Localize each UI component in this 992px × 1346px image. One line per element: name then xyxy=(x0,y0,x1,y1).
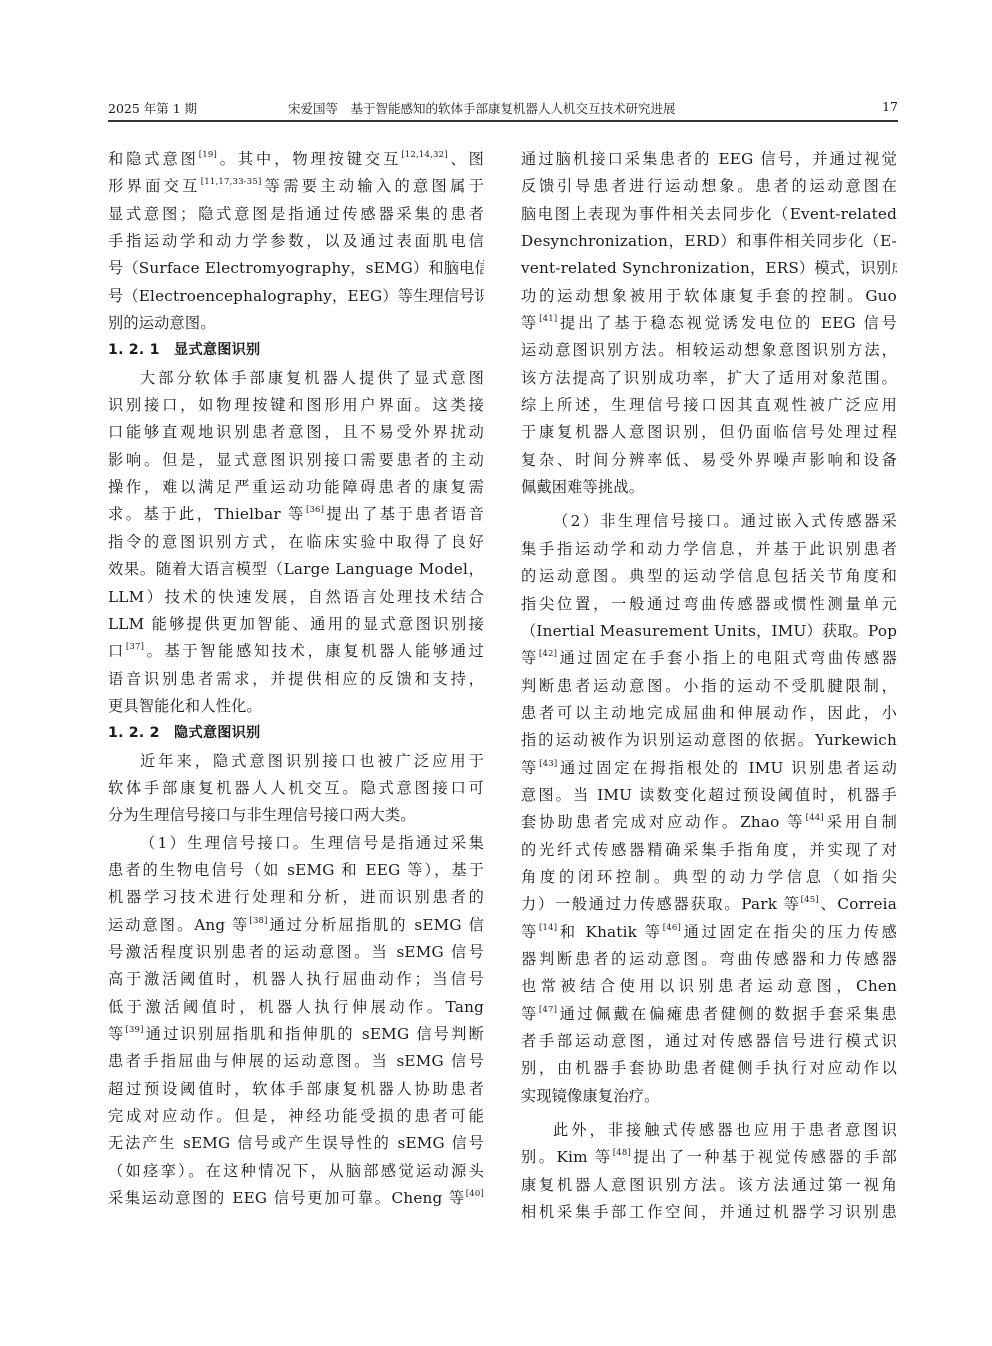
text-line: 也常被结合使用以识别患者运动意图，Chen xyxy=(521,973,897,1000)
citation-ref: [44] xyxy=(806,813,824,823)
citation-ref: [12,14,32] xyxy=(401,150,447,160)
section-heading: 1. 2. 1 显式意图识别 xyxy=(108,337,484,364)
text-line: 别的运动意图。 xyxy=(108,310,484,337)
text-line: 反馈引导患者进行运动想象。患者的运动意图在 xyxy=(521,173,897,200)
text-line: 影响。但是，显式意图识别接口需要患者的主动 xyxy=(108,447,484,474)
text-line: 完成对应动作。但是，神经功能受损的患者可能 xyxy=(108,1103,484,1130)
text-line: 运动意图识别方法。相较运动想象意图识别方法， xyxy=(521,337,897,364)
citation-ref: [39] xyxy=(125,1025,143,1035)
text-line: 高于激活阈值时，机器人执行屈曲动作；当信号 xyxy=(108,966,484,993)
text-line: 手指运动学和动力学参数，以及通过表面肌电信 xyxy=(108,228,484,255)
text-line: （Inertial Measurement Units，IMU）获取。Popov xyxy=(521,618,897,645)
left-column: 和隐式意图[19]。其中，物理按键交互[12,14,32]、图形界面交互[11,… xyxy=(108,146,484,1212)
text-line: 操作，难以满足严重运动功能障碍患者的康复需 xyxy=(108,474,484,501)
page-header: 2025 年第 1 期 宋爱国等 基于智能感知的软体手部康复机器人人机交互技术研… xyxy=(108,99,898,121)
text-line: LLM）技术的快速发展，自然语言处理技术结合 xyxy=(108,584,484,611)
text-line: 复杂、时间分辨率低、易受外界噪声影响和设备 xyxy=(521,447,897,474)
text-line: LLM 能够提供更加智能、通用的显式意图识别接 xyxy=(108,611,484,638)
text-line: 和隐式意图[19]。其中，物理按键交互[12,14,32]、图 xyxy=(108,146,484,173)
text-line: 求。基于此，Thielbar 等[36]提出了基于患者语音 xyxy=(108,501,484,528)
text-line: Desynchronization，ERD）和事件相关同步化（E- xyxy=(521,228,897,255)
text-line: 形界面交互[11,17,33-35]等需要主动输入的意图属于 xyxy=(108,173,484,200)
text-line: 近年来，隐式意图识别接口也被广泛应用于 xyxy=(108,748,484,775)
text-line: 口能够直观地识别患者意图，且不易受外界扰动 xyxy=(108,419,484,446)
text-line: 器判断患者的运动意图。弯曲传感器和力传感器 xyxy=(521,946,897,973)
text-line: 意图。当 IMU 读数变化超过预设阈值时，机器手 xyxy=(521,782,897,809)
text-line: 角度的闭环控制。典型的动力学信息（如指尖 xyxy=(521,864,897,891)
header-rule xyxy=(108,120,898,122)
text-line: （1）生理信号接口。生理信号是指通过采集 xyxy=(108,830,484,857)
text-line: 低于激活阈值时，机器人执行伸展动作。Tang xyxy=(108,994,484,1021)
text-line: 者手部运动意图，通过对传感器信号进行模式识 xyxy=(521,1028,897,1055)
text-line: 此外，非接触式传感器也应用于患者意图识 xyxy=(521,1117,897,1144)
text-line: （如痉挛）。在这种情况下，从脑部感觉运动源头 xyxy=(108,1158,484,1185)
text-line: 软体手部康复机器人人机交互。隐式意图接口可 xyxy=(108,775,484,802)
text-line: 功的运动想象被用于软体康复手套的控制。Guo xyxy=(521,283,897,310)
text-line: 佩戴困难等挑战。 xyxy=(521,474,897,501)
text-line: 患者可以主动地完成屈曲和伸展动作，因此，小 xyxy=(521,700,897,727)
text-line: 运动意图。Ang 等[38]通过分析屈指肌的 sEMG 信 xyxy=(108,912,484,939)
text-line: 于康复机器人意图识别，但仍面临信号处理过程 xyxy=(521,419,897,446)
text-line: 等[42]通过固定在手套小指上的电阻式弯曲传感器 xyxy=(521,645,897,672)
text-line: 患者手指屈曲与伸展的运动意图。当 sEMG 信号 xyxy=(108,1048,484,1075)
text-line: 康复机器人意图识别方法。该方法通过第一视角 xyxy=(521,1172,897,1199)
text-line: 套协助患者完成对应动作。Zhao 等[44]采用自制 xyxy=(521,809,897,836)
paragraph-gap xyxy=(521,501,897,508)
paragraph-gap xyxy=(521,1110,897,1117)
right-column: 通过脑机接口采集患者的 EEG 信号，并通过视觉反馈引导患者进行运动想象。患者的… xyxy=(521,146,897,1226)
text-line: 识别接口，如物理按键和图形用户界面。这类接 xyxy=(108,392,484,419)
text-line: 更具智能化和人性化。 xyxy=(108,693,484,720)
citation-ref: [48] xyxy=(613,1148,631,1158)
text-line: 患者的生物电信号（如 sEMG 和 EEG 等），基于 xyxy=(108,857,484,884)
text-line: 等[14]和 Khatik 等[46]通过固定在指尖的压力传感 xyxy=(521,919,897,946)
text-line: 口[37]。基于智能感知技术，康复机器人能够通过 xyxy=(108,638,484,665)
text-line: （2）非生理信号接口。通过嵌入式传感器采 xyxy=(521,508,897,535)
citation-ref: [14] xyxy=(539,923,557,933)
citation-ref: [46] xyxy=(663,923,681,933)
text-line: 指尖位置，一般通过弯曲传感器或惯性测量单元 xyxy=(521,591,897,618)
section-heading: 1. 2. 2 隐式意图识别 xyxy=(108,720,484,747)
running-title: 宋爱国等 基于智能感知的软体手部康复机器人人机交互技术研究进展 xyxy=(288,99,676,117)
text-line: 等[39]通过识别屈指肌和指伸肌的 sEMG 信号判断 xyxy=(108,1021,484,1048)
citation-ref: [45] xyxy=(801,895,819,905)
citation-ref: [37] xyxy=(126,642,144,652)
text-line: 别。Kim 等[48]提出了一种基于视觉传感器的手部 xyxy=(521,1144,897,1171)
text-line: 综上所述，生理信号接口因其直观性被广泛应用 xyxy=(521,392,897,419)
page-number: 17 xyxy=(882,99,898,114)
citation-ref: [36] xyxy=(306,505,324,515)
text-line: 通过脑机接口采集患者的 EEG 信号，并通过视觉 xyxy=(521,146,897,173)
text-line: 机器学习技术进行处理和分析，进而识别患者的 xyxy=(108,884,484,911)
text-line: 效果。随着大语言模型（Large Language Model， xyxy=(108,556,484,583)
text-line: 号激活程度识别患者的运动意图。当 sEMG 信号 xyxy=(108,939,484,966)
text-line: 显式意图；隐式意图是指通过传感器采集的患者 xyxy=(108,201,484,228)
text-line: 大部分软体手部康复机器人提供了显式意图 xyxy=(108,365,484,392)
text-line: 采集运动意图的 EEG 信号更加可靠。Cheng 等[40] xyxy=(108,1185,484,1212)
text-line: 实现镜像康复治疗。 xyxy=(521,1083,897,1110)
text-line: 等[43]通过固定在拇指根处的 IMU 识别患者运动 xyxy=(521,755,897,782)
issue-label: 2025 年第 1 期 xyxy=(108,99,197,117)
text-line: 判断患者运动意图。小指的运动不受肌腱限制， xyxy=(521,673,897,700)
citation-ref: [43] xyxy=(539,759,557,769)
citation-ref: [40] xyxy=(466,1189,484,1199)
text-line: 的运动意图。典型的运动学信息包括关节角度和 xyxy=(521,563,897,590)
citation-ref: [38] xyxy=(249,916,267,926)
text-line: 力）一般通过力传感器获取。Park 等[45]、Correia xyxy=(521,891,897,918)
citation-ref: [47] xyxy=(539,1005,557,1015)
text-line: 等[41]提出了基于稳态视觉诱发电位的 EEG 信号 xyxy=(521,310,897,337)
text-line: 无法产生 sEMG 信号或产生误导性的 sEMG 信号 xyxy=(108,1130,484,1157)
text-line: vent-related Synchronization，ERS）模式，识别成 xyxy=(521,255,897,282)
text-line: 语音识别患者需求，并提供相应的反馈和支持， xyxy=(108,666,484,693)
text-line: 指令的意图识别方式，在临床实验中取得了良好 xyxy=(108,529,484,556)
text-line: 别，由机器手套协助患者健侧手执行对应动作以 xyxy=(521,1055,897,1082)
text-line: 号（Electroencephalography，EEG）等生理信号识 xyxy=(108,283,484,310)
text-line: 相机采集手部工作空间，并通过机器学习识别患 xyxy=(521,1199,897,1226)
text-line: 脑电图上表现为事件相关去同步化（Event-related xyxy=(521,201,897,228)
text-line: 的光纤式传感器精确采集手指角度，并实现了对 xyxy=(521,837,897,864)
citation-ref: [11,17,33-35] xyxy=(201,177,262,187)
text-line: 该方法提高了识别成功率，扩大了适用对象范围。 xyxy=(521,365,897,392)
text-line: 指的运动被作为识别运动意图的依据。Yurkewich xyxy=(521,727,897,754)
citation-ref: [41] xyxy=(539,314,557,324)
citation-ref: [19] xyxy=(199,150,217,160)
text-line: 分为生理信号接口与非生理信号接口两大类。 xyxy=(108,802,484,829)
text-line: 集手指运动学和动力学信息，并基于此识别患者 xyxy=(521,536,897,563)
text-line: 号（Surface Electromyography，sEMG）和脑电信 xyxy=(108,255,484,282)
citation-ref: [42] xyxy=(539,649,557,659)
text-line: 超过预设阈值时，软体手部康复机器人协助患者 xyxy=(108,1076,484,1103)
text-line: 等[47]通过佩戴在偏瘫患者健侧的数据手套采集患 xyxy=(521,1001,897,1028)
